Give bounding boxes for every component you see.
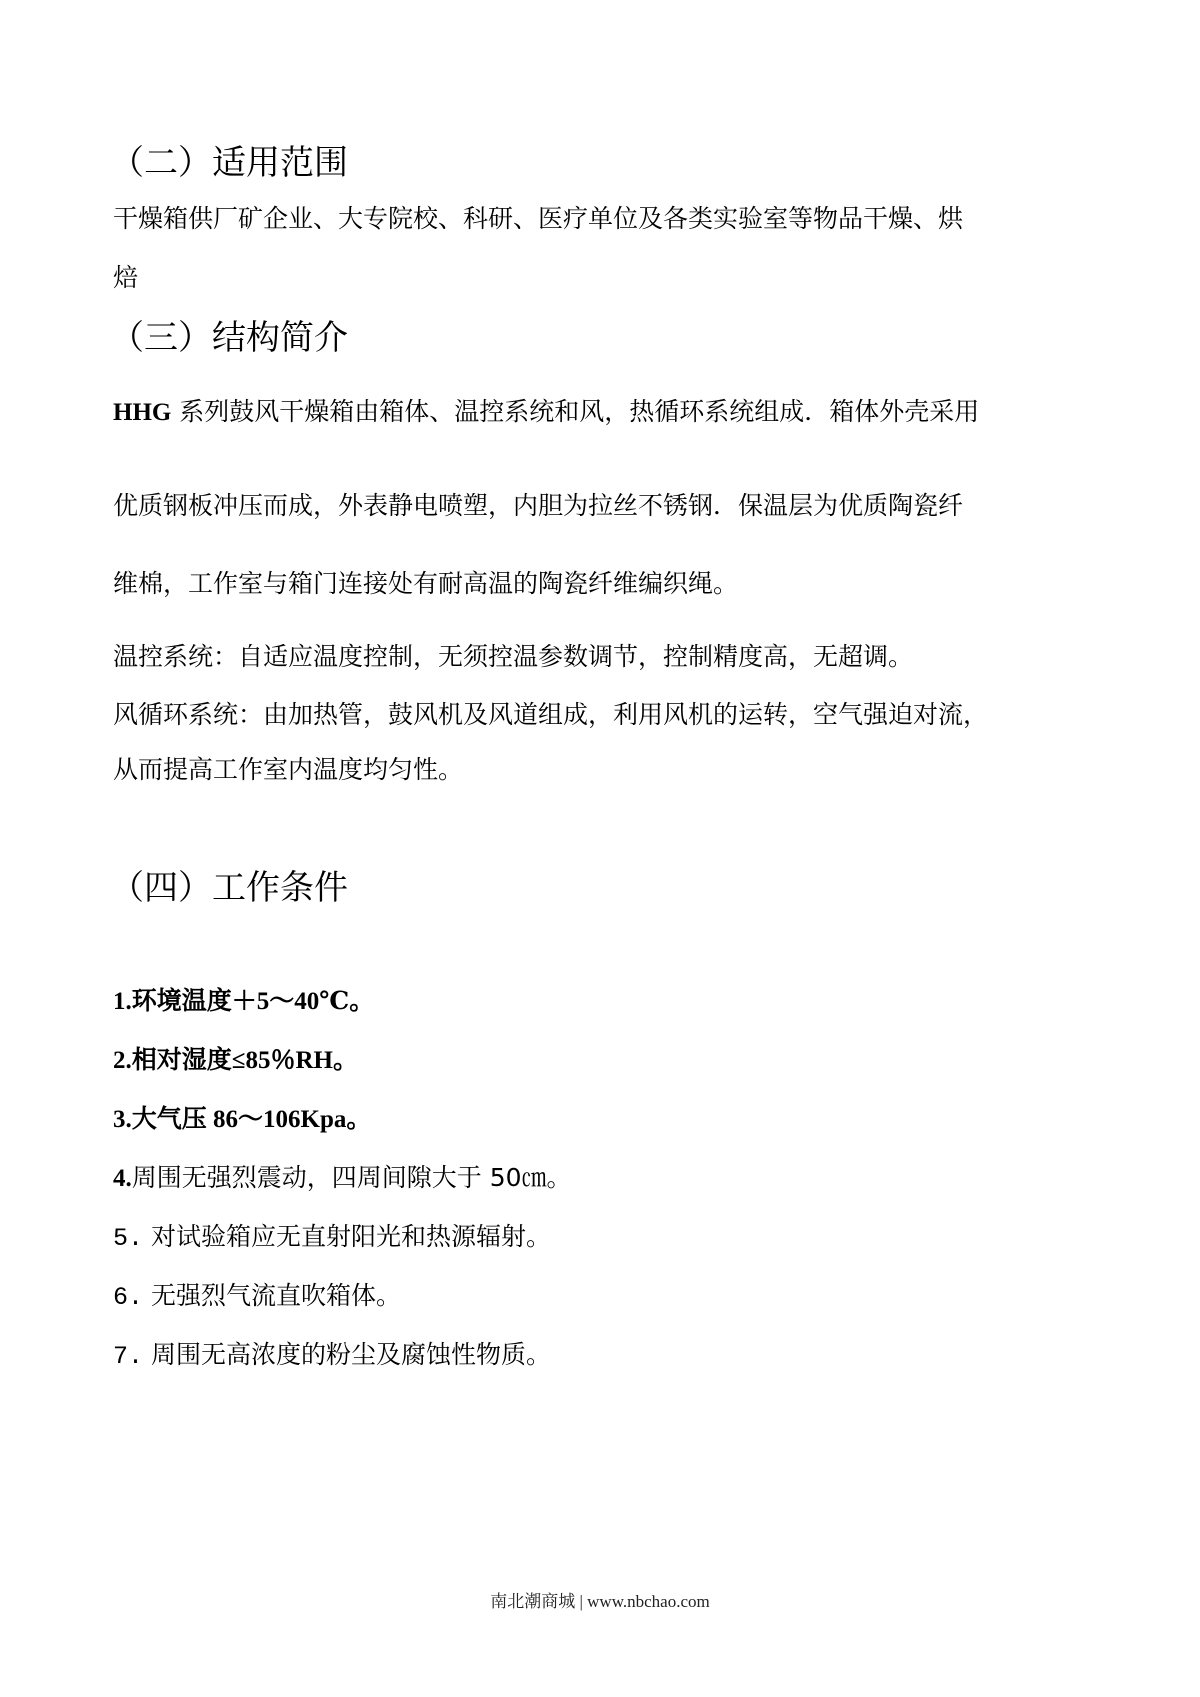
condition-text: 对试验箱应无直射阳光和热源辐射。	[143, 1222, 551, 1251]
condition-item-6: 6. 无强烈气流直吹箱体。	[113, 1280, 401, 1314]
condition-item-4: 4.周围无强烈震动，四周间隙大于 50㎝。	[113, 1162, 572, 1195]
model-name: HHG	[113, 399, 171, 426]
structure-text-line-1-rest: 系列鼓风干燥箱由箱体、温控系统和风，热循环系统组成．箱体外壳采用	[171, 397, 979, 426]
document-page: （二）适用范围 干燥箱供厂矿企业、大专院校、科研、医疗单位及各类实验室等物品干燥…	[0, 0, 1200, 1697]
air-circulation-text-line-2: 从而提高工作室内温度均匀性。	[113, 754, 463, 786]
condition-number: 6.	[113, 1283, 143, 1312]
section-heading-structure: （三）结构简介	[110, 318, 348, 358]
structure-text-line-3: 维棉，工作室与箱门连接处有耐高温的陶瓷纤维编织绳。	[113, 568, 738, 600]
condition-item-2: 2.相对湿度≤85％RH。	[113, 1045, 358, 1077]
condition-number: 5.	[113, 1224, 143, 1253]
condition-text: 周围无高浓度的粉尘及腐蚀性物质。	[143, 1340, 551, 1369]
condition-text: 大气压 86～106Kpa。	[132, 1106, 372, 1133]
condition-text: 无强烈气流直吹箱体。	[143, 1281, 401, 1310]
scope-text-line-1: 干燥箱供厂矿企业、大专院校、科研、医疗单位及各类实验室等物品干燥、烘	[113, 203, 963, 235]
section-heading-conditions: （四）工作条件	[110, 868, 348, 908]
section-heading-scope: （二）适用范围	[110, 143, 348, 183]
page-footer: 南北潮商城 | www.nbchao.com	[0, 1587, 1200, 1612]
air-circulation-text-line-1: 风循环系统：由加热管，鼓风机及风道组成，利用风机的运转，空气强迫对流，	[113, 699, 988, 731]
condition-item-5: 5. 对试验箱应无直射阳光和热源辐射。	[113, 1221, 551, 1255]
condition-text: 相对湿度≤85％RH。	[132, 1047, 358, 1074]
condition-number: 4.	[113, 1165, 132, 1192]
scope-text-line-2: 焙	[113, 262, 138, 294]
condition-number: 3.	[113, 1106, 132, 1133]
temp-control-text: 温控系统：自适应温度控制，无须控温参数调节，控制精度高，无超调。	[113, 641, 913, 673]
condition-number: 7.	[113, 1342, 143, 1371]
condition-number: 2.	[113, 1047, 132, 1074]
condition-number: 1.	[113, 988, 132, 1015]
structure-text-line-1: HHG 系列鼓风干燥箱由箱体、温控系统和风，热循环系统组成．箱体外壳采用	[113, 396, 979, 429]
condition-text: 环境温度＋5～40℃。	[132, 988, 374, 1015]
structure-text-line-2: 优质钢板冲压而成，外表静电喷塑，内胆为拉丝不锈钢．保温层为优质陶瓷纤	[113, 490, 963, 522]
condition-text: 周围无强烈震动，四周间隙大于 50㎝。	[132, 1163, 572, 1192]
condition-item-1: 1.环境温度＋5～40℃。	[113, 986, 374, 1018]
condition-item-3: 3.大气压 86～106Kpa。	[113, 1104, 371, 1136]
condition-item-7: 7. 周围无高浓度的粉尘及腐蚀性物质。	[113, 1339, 551, 1373]
